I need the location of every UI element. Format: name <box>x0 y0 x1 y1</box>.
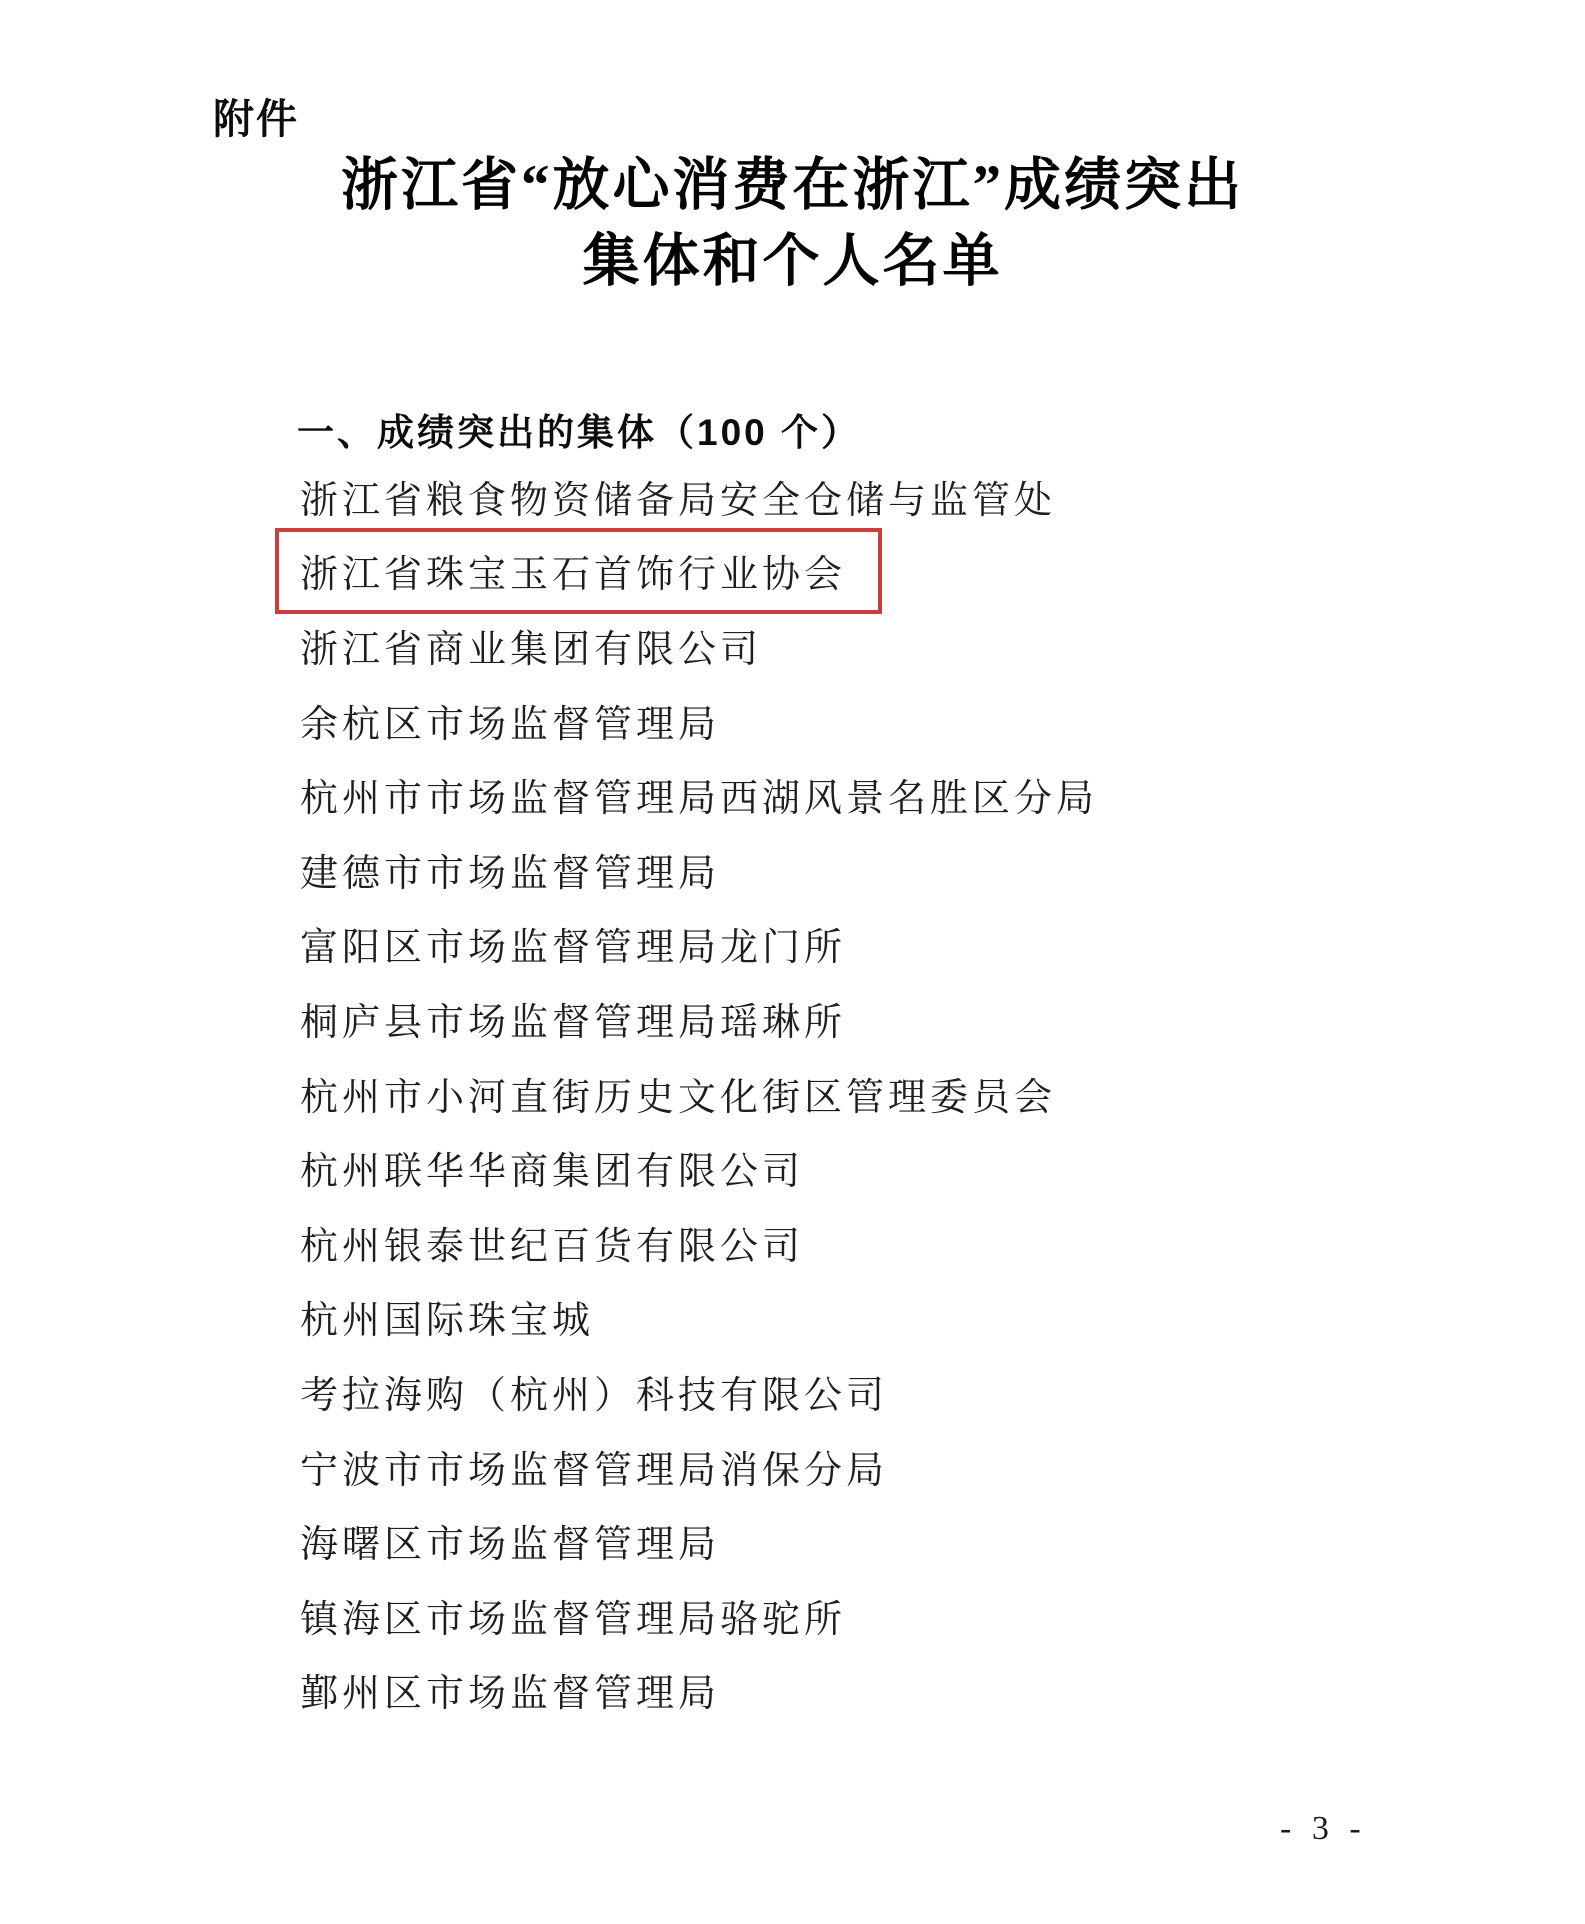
section-heading: 一、成绩突出的集体（100 个） <box>297 402 861 456</box>
list-item-text: 桐庐县市场监督管理局瑶琳所 <box>300 991 846 1046</box>
list-item: 浙江省商业集团有限公司 <box>300 608 1500 683</box>
list-item: 宁波市市场监督管理局消保分局 <box>300 1429 1500 1504</box>
list-item-text: 富阳区市场监督管理局龙门所 <box>300 916 846 971</box>
page-number: - 3 - <box>1280 1810 1367 1848</box>
list-item: 海曙区市场监督管理局 <box>300 1503 1500 1578</box>
list-item: 杭州银泰世纪百货有限公司 <box>300 1205 1500 1280</box>
list-item-text: 浙江省商业集团有限公司 <box>300 618 762 673</box>
list-item: 富阳区市场监督管理局龙门所 <box>300 907 1500 982</box>
list-item: 余杭区市场监督管理局 <box>300 683 1500 758</box>
list-item-text: 考拉海购（杭州）科技有限公司 <box>300 1364 888 1419</box>
list-item-text: 浙江省粮食物资储备局安全仓储与监管处 <box>300 469 1056 524</box>
document-page: { "page": { "attachment_label": "附件", "t… <box>0 0 1585 1924</box>
list-item-text: 鄞州区市场监督管理局 <box>300 1662 720 1717</box>
document-title-line1: 浙江省“放心消费在浙江”成绩突出 <box>0 148 1585 224</box>
list-item: 镇海区市场监督管理局骆驼所 <box>300 1578 1500 1653</box>
list-item-highlighted: 浙江省珠宝玉石首饰行业协会 <box>300 534 1500 609</box>
list-item-text: 宁波市市场监督管理局消保分局 <box>300 1439 888 1494</box>
list-item: 考拉海购（杭州）科技有限公司 <box>300 1354 1500 1429</box>
list-item-text: 杭州市小河直街历史文化街区管理委员会 <box>300 1066 1056 1121</box>
list-item-text: 杭州联华华商集团有限公司 <box>300 1140 804 1195</box>
list-item-text: 杭州银泰世纪百货有限公司 <box>300 1215 804 1270</box>
list-item-text: 海曙区市场监督管理局 <box>300 1513 720 1568</box>
list-item-text: 建德市市场监督管理局 <box>300 842 720 897</box>
list-item-text: 杭州市市场监督管理局西湖风景名胜区分局 <box>300 767 1098 822</box>
list-item: 杭州市市场监督管理局西湖风景名胜区分局 <box>300 757 1500 832</box>
attachment-label: 附件 <box>213 86 299 145</box>
list-item: 鄞州区市场监督管理局 <box>300 1653 1500 1728</box>
list-item-text: 镇海区市场监督管理局骆驼所 <box>300 1588 846 1643</box>
list-item: 杭州市小河直街历史文化街区管理委员会 <box>300 1056 1500 1131</box>
list-item: 桐庐县市场监督管理局瑶琳所 <box>300 981 1500 1056</box>
list-item-text: 余杭区市场监督管理局 <box>300 693 720 748</box>
document-title: 浙江省“放心消费在浙江”成绩突出 集体和个人名单 <box>0 148 1585 300</box>
document-title-line2: 集体和个人名单 <box>0 224 1585 300</box>
list-item-text: 浙江省珠宝玉石首饰行业协会 <box>300 543 846 598</box>
list-item: 浙江省粮食物资储备局安全仓储与监管处 <box>300 459 1500 534</box>
list-item-text: 杭州国际珠宝城 <box>300 1289 594 1344</box>
collectives-list: 浙江省粮食物资储备局安全仓储与监管处浙江省珠宝玉石首饰行业协会浙江省商业集团有限… <box>300 459 1500 1727</box>
list-item: 杭州联华华商集团有限公司 <box>300 1130 1500 1205</box>
list-item: 建德市市场监督管理局 <box>300 832 1500 907</box>
list-item: 杭州国际珠宝城 <box>300 1280 1500 1355</box>
